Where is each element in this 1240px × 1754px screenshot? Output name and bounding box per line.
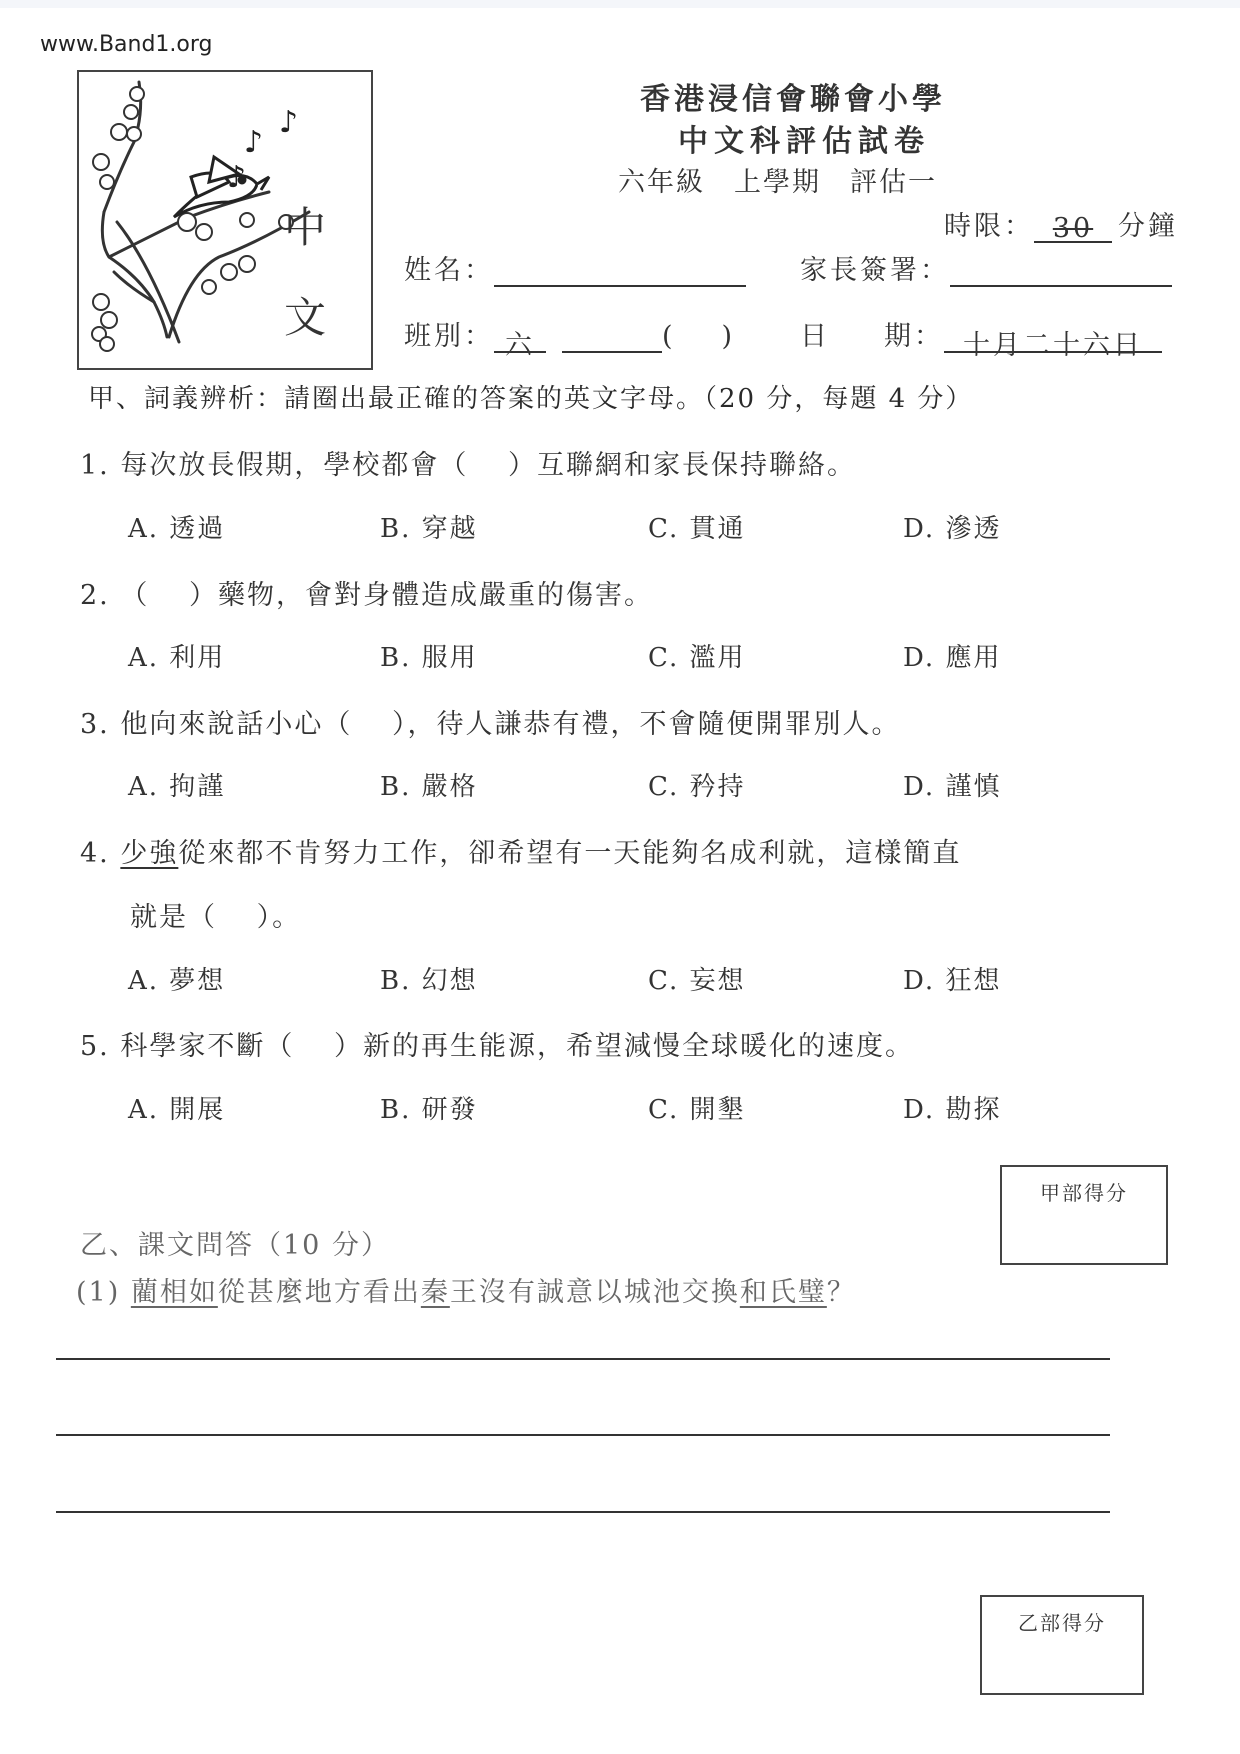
parent-signature-field[interactable]: 家長簽署： bbox=[800, 248, 1172, 287]
question-text: 從來都不肯努力工作，卻希望有一天能夠名成利就，這樣簡直 bbox=[178, 838, 961, 869]
question-text: 從甚麼地方看出 bbox=[218, 1277, 421, 1308]
option-d[interactable]: D. 應用 bbox=[903, 637, 1001, 674]
class-section-input[interactable] bbox=[562, 323, 662, 353]
option-a[interactable]: A. 夢想 bbox=[128, 960, 225, 997]
logo-char-zhong: 中 bbox=[284, 203, 326, 252]
student-name-label: 姓名： bbox=[404, 255, 494, 286]
date-label-1: 日 bbox=[800, 321, 830, 352]
underlined-name-qin: 秦 bbox=[421, 1277, 450, 1308]
question-5-options: A. 開展 B. 研發 C. 開墾 D. 勘探 bbox=[128, 1089, 1028, 1123]
option-c[interactable]: C. 開墾 bbox=[648, 1089, 746, 1126]
option-d[interactable]: D. 謹慎 bbox=[903, 766, 1001, 803]
question-number: 2. bbox=[80, 580, 110, 611]
option-d[interactable]: D. 狂想 bbox=[903, 960, 1001, 997]
time-limit-label: 時限： bbox=[944, 211, 1034, 242]
class-label: 班別： bbox=[404, 321, 494, 352]
question-number: 1. bbox=[80, 450, 110, 481]
paper-subtitle: 六年級 上學期 評估一 bbox=[618, 160, 937, 199]
option-a[interactable]: A. 透過 bbox=[128, 508, 225, 545]
student-name-input[interactable] bbox=[494, 257, 746, 287]
underlined-name-heshibi: 和氏璧 bbox=[740, 1277, 827, 1308]
question-4-options: A. 夢想 B. 幻想 C. 妄想 D. 狂想 bbox=[128, 960, 1028, 994]
question-text: 每次放長假期，學校都會（ ）互聯網和家長保持聯絡。 bbox=[120, 450, 856, 481]
underlined-name: 少強 bbox=[120, 838, 178, 869]
plum-blossom-bird-icon: ♪♪♪ 中 文 bbox=[79, 72, 371, 368]
class-number-close: ) bbox=[722, 321, 736, 352]
option-c[interactable]: C. 貫通 bbox=[648, 508, 746, 545]
class-value[interactable]: 六 bbox=[494, 323, 546, 353]
question-1-options: A. 透過 B. 穿越 C. 貫通 D. 滲透 bbox=[128, 508, 1028, 542]
question-text: 他向來說話小心（ ），待人謙恭有禮，不會隨便開罪別人。 bbox=[120, 709, 900, 740]
option-b[interactable]: B. 研發 bbox=[380, 1089, 478, 1126]
watermark: www.Band1.org bbox=[40, 32, 213, 57]
question-1: 1. 每次放長假期，學校都會（ ）互聯網和家長保持聯絡。 bbox=[80, 443, 856, 482]
date-value: 十月二十六日 bbox=[944, 323, 1162, 353]
time-limit-value: 30 bbox=[1053, 213, 1093, 244]
class-field[interactable]: 班別：六() bbox=[404, 314, 735, 353]
parent-signature-label: 家長簽署： bbox=[800, 255, 950, 286]
question-4-line-2: 就是（ ）。 bbox=[130, 895, 301, 934]
time-limit-unit: 分鐘 bbox=[1118, 211, 1178, 242]
question-2: 2. （ ）藥物，會對身體造成嚴重的傷害。 bbox=[80, 573, 653, 612]
option-b[interactable]: B. 服用 bbox=[380, 637, 478, 674]
school-name: 香港浸信會聯會小學 bbox=[640, 74, 946, 118]
question-3-options: A. 拘謹 B. 嚴格 C. 矜持 D. 謹慎 bbox=[128, 766, 1028, 800]
answer-line-2[interactable] bbox=[56, 1434, 1110, 1436]
logo-illustration: ♪♪♪ 中 文 bbox=[77, 70, 373, 370]
question-4: 4. 少強從來都不肯努力工作，卻希望有一天能夠名成利就，這樣簡直 bbox=[80, 831, 961, 870]
option-b[interactable]: B. 嚴格 bbox=[380, 766, 478, 803]
section-b-score-label: 乙部得分 bbox=[1018, 1611, 1106, 1635]
question-2-options: A. 利用 B. 服用 C. 濫用 D. 應用 bbox=[128, 637, 1028, 671]
option-c[interactable]: C. 妄想 bbox=[648, 960, 746, 997]
question-mark: ？ bbox=[827, 1277, 856, 1308]
section-a-score-box[interactable]: 甲部得分 bbox=[1000, 1165, 1168, 1265]
option-b[interactable]: B. 幻想 bbox=[380, 960, 478, 997]
student-name-field[interactable]: 姓名： bbox=[404, 248, 746, 287]
option-a[interactable]: A. 拘謹 bbox=[128, 766, 225, 803]
option-c[interactable]: C. 矜持 bbox=[648, 766, 746, 803]
class-number-open: ( bbox=[662, 321, 676, 352]
page-top-edge bbox=[0, 0, 1240, 8]
answer-line-3[interactable] bbox=[56, 1511, 1110, 1513]
question-text: 王沒有誠意以城池交換 bbox=[450, 1277, 740, 1308]
time-limit-blank: 30 bbox=[1034, 213, 1112, 243]
question-number: (1) bbox=[76, 1277, 120, 1308]
option-c[interactable]: C. 濫用 bbox=[648, 637, 746, 674]
section-b-heading: 乙、課文問答（10 分） bbox=[80, 1223, 390, 1262]
logo-char-wen: 文 bbox=[284, 293, 326, 342]
time-limit-field: 時限：30分鐘 bbox=[944, 204, 1178, 243]
underlined-name-lin-xiangru: 藺相如 bbox=[131, 1277, 218, 1308]
date-label-2: 期： bbox=[884, 321, 944, 352]
question-number: 3. bbox=[80, 709, 110, 740]
option-b[interactable]: B. 穿越 bbox=[380, 508, 478, 545]
question-text: 科學家不斷（ ）新的再生能源，希望減慢全球暖化的速度。 bbox=[120, 1031, 914, 1062]
parent-signature-input[interactable] bbox=[950, 257, 1172, 287]
question-text: （ ）藥物，會對身體造成嚴重的傷害。 bbox=[120, 580, 653, 611]
section-a-score-label: 甲部得分 bbox=[1040, 1181, 1128, 1205]
question-5: 5. 科學家不斷（ ）新的再生能源，希望減慢全球暖化的速度。 bbox=[80, 1024, 914, 1063]
question-3: 3. 他向來說話小心（ ），待人謙恭有禮，不會隨便開罪別人。 bbox=[80, 702, 900, 741]
section-a-heading: 甲、詞義辨析：請圈出最正確的答案的英文字母。（20 分，每題 4 分） bbox=[88, 378, 973, 415]
section-b-question-1: (1) 藺相如從甚麼地方看出秦王沒有誠意以城池交換和氏璧？ bbox=[76, 1270, 856, 1309]
answer-line-1[interactable] bbox=[56, 1358, 1110, 1360]
option-d[interactable]: D. 滲透 bbox=[903, 508, 1001, 545]
svg-text:♪: ♪ bbox=[279, 105, 298, 140]
question-number: 5. bbox=[80, 1031, 110, 1062]
option-d[interactable]: D. 勘探 bbox=[903, 1089, 1001, 1126]
svg-text:♪: ♪ bbox=[244, 125, 263, 160]
option-a[interactable]: A. 利用 bbox=[128, 637, 225, 674]
question-number: 4. bbox=[80, 838, 110, 869]
option-a[interactable]: A. 開展 bbox=[128, 1089, 225, 1126]
date-field: 日期：十月二十六日 bbox=[800, 314, 1162, 353]
paper-title: 中文科評估試卷 bbox=[678, 116, 930, 160]
section-b-score-box[interactable]: 乙部得分 bbox=[980, 1595, 1144, 1695]
svg-text:♪: ♪ bbox=[227, 160, 246, 195]
